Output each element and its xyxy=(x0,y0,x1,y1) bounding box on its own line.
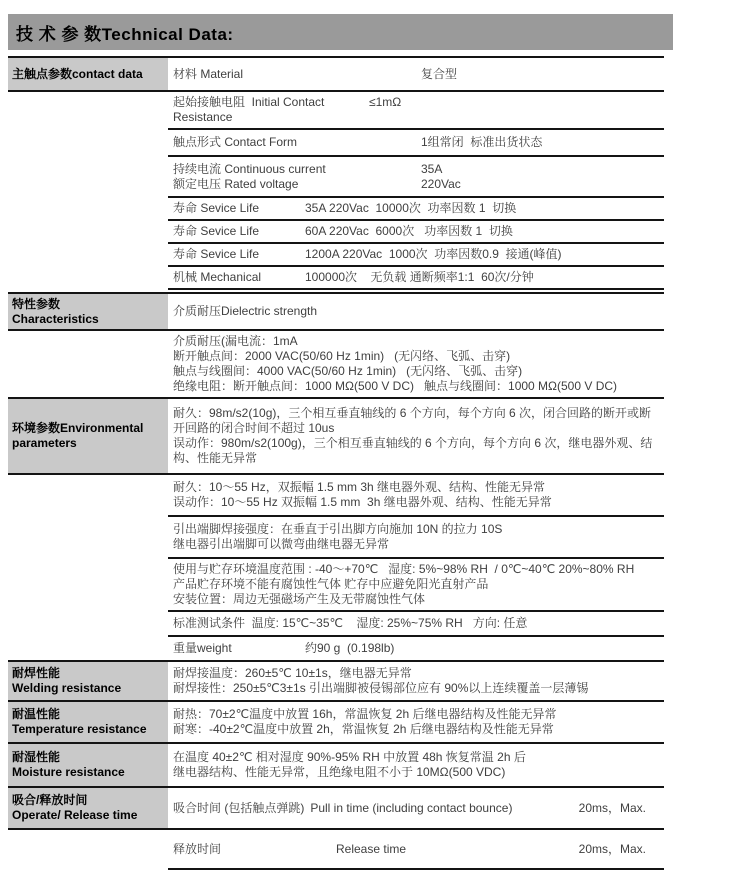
spec-value: 220Vac xyxy=(421,177,461,192)
doc-title: 技 术 参 数Technical Data: xyxy=(16,20,234,45)
spec-value: ≤1mΩ xyxy=(369,95,401,125)
section-label-empty xyxy=(8,92,168,130)
section-label-operate-release: 吸合/释放时间 Operate/ Release time xyxy=(8,788,168,828)
spec-value: 60A 220Vac 6000次 功率因数 1 切换 xyxy=(305,224,513,239)
spec-cell: 在温度 40±2℃ 相对湿度 90%-95% RH 中放置 48h 恢复常温 2… xyxy=(168,744,664,786)
table-row: 耐湿性能 Moisture resistance 在温度 40±2℃ 相对湿度 … xyxy=(8,744,664,788)
section-label-cn: 耐温性能 xyxy=(12,707,166,722)
spec-value: 复合型 xyxy=(421,67,457,82)
spec-cell: 释放时间 Release time 20ms，Max. xyxy=(168,830,664,870)
section-label-environmental: 环境参数Environmental parameters xyxy=(8,399,168,473)
section-label-empty xyxy=(8,221,168,244)
spec-line: 耐焊接性：250±5℃3±1s 引出端脚被侵锡部位应有 90%以上连续覆盖一层薄… xyxy=(173,681,660,696)
spec-name: 触点形式 Contact Form xyxy=(173,135,421,150)
table-row: 使用与贮存环境温度范围 : -40～+70℃ 湿度: 5%~98% RH / 0… xyxy=(8,559,664,612)
spec-name: 持续电流 Continuous current xyxy=(173,162,421,177)
spec-value: 20ms，Max. xyxy=(579,842,646,857)
section-label-empty xyxy=(8,198,168,221)
spec-name: 额定电压 Rated voltage xyxy=(173,177,421,192)
table-row: 耐久：10～55 Hz，双振幅 1.5 mm 3h 继电器外观、结构、性能无异常… xyxy=(8,475,664,517)
section-label-text: 环境参数Environmental parameters xyxy=(12,421,166,451)
spec-line: 产品贮存环境不能有腐蚀性气体 贮存中应避免阳光直射产品 xyxy=(173,577,660,592)
spec-cell: 耐热：70±2℃温度中放置 16h，常温恢复 2h 后继电器结构及性能无异常 耐… xyxy=(168,702,664,742)
table-row: 环境参数Environmental parameters 耐久：98m/s2(1… xyxy=(8,399,664,475)
section-label-cn: 吸合/释放时间 xyxy=(12,793,166,808)
spec-cell: 吸合时间 (包括触点弹跳) Pull in time (including co… xyxy=(168,788,664,828)
spec-line: 耐寒：-40±2℃温度中放置 2h，常温恢复 2h 后继电器结构及性能无异常 xyxy=(173,722,660,737)
spec-value: 35A xyxy=(421,162,442,177)
spec-name: 机械 Mechanical xyxy=(173,270,305,285)
spec-cell: 耐久：98m/s2(10g)，三个相互垂直轴线的 6 个方向，每个方向 6 次，… xyxy=(168,399,664,473)
section-label-empty xyxy=(8,517,168,559)
spec-name: 寿命 Sevice Life xyxy=(173,224,305,239)
spec-line: 使用与贮存环境温度范围 : -40～+70℃ 湿度: 5%~98% RH / 0… xyxy=(173,562,660,577)
table-row: 特性参数 Characteristics 介质耐压Dielectric stre… xyxy=(8,292,664,331)
spec-cell: 材料 Material 复合型 xyxy=(168,58,664,90)
spec-line: 标准测试条件 温度: 15℃~35℃ 湿度: 25%~75% RH 方向: 任意 xyxy=(173,616,660,631)
spec-cell: 寿命 Sevice Life 35A 220Vac 10000次 功率因数 1 … xyxy=(168,198,664,221)
doc-title-bar: 技 术 参 数Technical Data: xyxy=(8,14,673,50)
spec-line: 继电器结构、性能无异常，且绝缘电阻不小于 10MΩ(500 VDC) xyxy=(173,765,660,780)
table-row: 寿命 Sevice Life 1200A 220Vac 1000次 功率因数0.… xyxy=(8,244,664,267)
spec-name: 材料 Material xyxy=(173,67,421,82)
spec-line: 安装位置：周边无强磁场产生及无带腐蚀性气体 xyxy=(173,592,660,607)
spec-line: 误动作：10～55 Hz 双振幅 1.5 mm 3h 继电器外观、结构、性能无异… xyxy=(173,495,660,510)
spec-cell: 介质耐压(漏电流：1mA 断开触点间：2000 VAC(50/60 Hz 1mi… xyxy=(168,331,664,397)
section-label-empty xyxy=(8,637,168,660)
spec-cell: 引出端脚焊接强度：在垂直于引出脚方向施加 10N 的拉力 10S 继电器引出端脚… xyxy=(168,517,664,559)
spec-line: 介质耐压(漏电流：1mA xyxy=(173,334,660,349)
section-label-cn: 特性参数 xyxy=(12,297,166,312)
section-label-text: 主触点参数contact data xyxy=(12,67,166,82)
spec-cell: 触点形式 Contact Form 1组常闭 标准出货状态 xyxy=(168,130,664,157)
spec-cell: 耐久：10～55 Hz，双振幅 1.5 mm 3h 继电器外观、结构、性能无异常… xyxy=(168,475,664,517)
section-label-welding: 耐焊性能 Welding resistance xyxy=(8,662,168,700)
spec-line: 引出端脚焊接强度：在垂直于引出脚方向施加 10N 的拉力 10S xyxy=(173,522,660,537)
spec-cell: 使用与贮存环境温度范围 : -40～+70℃ 湿度: 5%~98% RH / 0… xyxy=(168,559,664,612)
spec-name: 起始接触电阻 Initial Contact Resistance xyxy=(173,95,369,125)
section-label-temperature: 耐温性能 Temperature resistance xyxy=(8,702,168,742)
spec-cell: 寿命 Sevice Life 1200A 220Vac 1000次 功率因数0.… xyxy=(168,244,664,267)
section-label-empty xyxy=(8,475,168,517)
spec-table: 主触点参数contact data 材料 Material 复合型 起始接触电阻… xyxy=(8,56,664,870)
section-label-en: Temperature resistance xyxy=(12,722,166,737)
table-row: 触点形式 Contact Form 1组常闭 标准出货状态 xyxy=(8,130,664,157)
section-label-empty xyxy=(8,130,168,157)
spec-cell: 机械 Mechanical 100000次 无负载 通断频率1:1 60次/分钟 xyxy=(168,267,664,290)
spec-line: 耐焊接温度：260±5℃ 10±1s，继电器无异常 xyxy=(173,666,660,681)
section-label-cn: 耐湿性能 xyxy=(12,750,166,765)
table-row: 耐焊性能 Welding resistance 耐焊接温度：260±5℃ 10±… xyxy=(8,662,664,702)
section-label-empty xyxy=(8,157,168,198)
spec-cell: 介质耐压Dielectric strength xyxy=(168,294,664,329)
spec-line: 在温度 40±2℃ 相对湿度 90%-95% RH 中放置 48h 恢复常温 2… xyxy=(173,750,660,765)
section-label-empty xyxy=(8,559,168,612)
spec-value: 约90 g (0.198lb) xyxy=(305,641,394,656)
technical-data-sheet: 技 术 参 数Technical Data: 主触点参数contact data… xyxy=(0,0,753,871)
spec-line: 继电器引出端脚可以微弯曲继电器无异常 xyxy=(173,537,660,552)
spec-value: 1200A 220Vac 1000次 功率因数0.9 接通(峰值) xyxy=(305,247,562,262)
section-label-characteristics: 特性参数 Characteristics xyxy=(8,294,168,329)
table-row: 寿命 Sevice Life 35A 220Vac 10000次 功率因数 1 … xyxy=(8,198,664,221)
table-row: 标准测试条件 温度: 15℃~35℃ 湿度: 25%~75% RH 方向: 任意 xyxy=(8,612,664,637)
spec-line: 耐久：98m/s2(10g)，三个相互垂直轴线的 6 个方向，每个方向 6 次，… xyxy=(173,406,660,436)
section-label-cn: 耐焊性能 xyxy=(12,666,166,681)
spec-line: 耐热：70±2℃温度中放置 16h，常温恢复 2h 后继电器结构及性能无异常 xyxy=(173,707,660,722)
spec-name: 吸合时间 (包括触点弹跳) xyxy=(173,801,304,816)
table-row: 介质耐压(漏电流：1mA 断开触点间：2000 VAC(50/60 Hz 1mi… xyxy=(8,331,664,399)
spec-cell: 持续电流 Continuous current 35A 额定电压 Rated v… xyxy=(168,157,664,198)
section-label-moisture: 耐湿性能 Moisture resistance xyxy=(8,744,168,786)
spec-cell: 重量weight 约90 g (0.198lb) xyxy=(168,637,664,660)
section-label-empty xyxy=(8,331,168,397)
spec-line: 耐久：10～55 Hz，双振幅 1.5 mm 3h 继电器外观、结构、性能无异常 xyxy=(173,480,660,495)
spec-value: 35A 220Vac 10000次 功率因数 1 切换 xyxy=(305,201,516,216)
section-label-empty xyxy=(8,612,168,637)
spec-cell: 标准测试条件 温度: 15℃~35℃ 湿度: 25%~75% RH 方向: 任意 xyxy=(168,612,664,637)
table-row: 重量weight 约90 g (0.198lb) xyxy=(8,637,664,662)
section-label-empty xyxy=(8,830,168,870)
spec-value: 100000次 无负载 通断频率1:1 60次/分钟 xyxy=(305,270,534,285)
section-label-en: Moisture resistance xyxy=(12,765,166,780)
section-label-en: Operate/ Release time xyxy=(12,808,166,823)
spec-value: 20ms，Max. xyxy=(579,801,646,816)
spec-name: 重量weight xyxy=(173,641,305,656)
spec-cell: 寿命 Sevice Life 60A 220Vac 6000次 功率因数 1 切… xyxy=(168,221,664,244)
section-label-contact-data: 主触点参数contact data xyxy=(8,58,168,90)
section-label-en: Characteristics xyxy=(12,312,166,327)
table-row: 起始接触电阻 Initial Contact Resistance ≤1mΩ xyxy=(8,92,664,130)
spec-cell: 耐焊接温度：260±5℃ 10±1s，继电器无异常 耐焊接性：250±5℃3±1… xyxy=(168,662,664,700)
spec-name: 释放时间 xyxy=(173,842,336,857)
spec-line: 介质耐压Dielectric strength xyxy=(173,304,660,319)
spec-line: 误动作：980m/s2(100g)，三个相互垂直轴线的 6 个方向，每个方向 6… xyxy=(173,436,660,466)
spec-line: 触点与线圈间：4000 VAC(50/60 Hz 1min) (无闪络、飞弧、击… xyxy=(173,364,660,379)
spec-value: 1组常闭 标准出货状态 xyxy=(421,135,542,150)
section-label-empty xyxy=(8,244,168,267)
table-row: 持续电流 Continuous current 35A 额定电压 Rated v… xyxy=(8,157,664,198)
table-row: 主触点参数contact data 材料 Material 复合型 xyxy=(8,58,664,92)
table-row: 释放时间 Release time 20ms，Max. xyxy=(8,830,664,870)
table-row: 耐温性能 Temperature resistance 耐热：70±2℃温度中放… xyxy=(8,702,664,744)
table-row: 引出端脚焊接强度：在垂直于引出脚方向施加 10N 的拉力 10S 继电器引出端脚… xyxy=(8,517,664,559)
spec-name-en: Pull in time (including contact bounce) xyxy=(310,801,512,816)
table-row: 吸合/释放时间 Operate/ Release time 吸合时间 (包括触点… xyxy=(8,788,664,830)
spec-line: 绝缘电阻：断开触点间：1000 MΩ(500 V DC) 触点与线圈间：1000… xyxy=(173,379,660,394)
section-label-en: Welding resistance xyxy=(12,681,166,696)
table-row: 寿命 Sevice Life 60A 220Vac 6000次 功率因数 1 切… xyxy=(8,221,664,244)
section-label-empty xyxy=(8,267,168,290)
spec-name-en: Release time xyxy=(336,842,406,857)
spec-name: 寿命 Sevice Life xyxy=(173,247,305,262)
spec-line: 断开触点间：2000 VAC(50/60 Hz 1min) (无闪络、飞弧、击穿… xyxy=(173,349,660,364)
table-row: 机械 Mechanical 100000次 无负载 通断频率1:1 60次/分钟 xyxy=(8,267,664,290)
spec-cell: 起始接触电阻 Initial Contact Resistance ≤1mΩ xyxy=(168,92,664,130)
spec-name: 寿命 Sevice Life xyxy=(173,201,305,216)
